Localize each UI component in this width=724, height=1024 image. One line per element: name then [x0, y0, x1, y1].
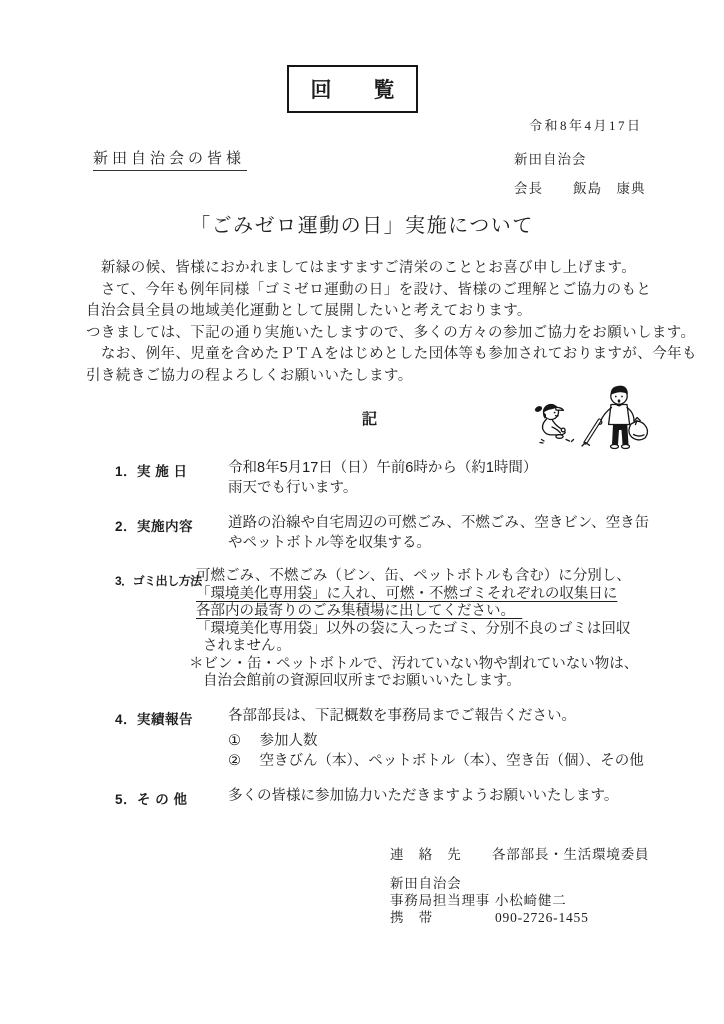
girl-body [543, 419, 566, 435]
officer-label: 事務局担当理事 [390, 892, 495, 909]
boy-shoe-left [611, 445, 619, 449]
item-line: 多くの皆様に参加協力いただきますようお願いいたします。 [228, 786, 618, 806]
item-row: 5．そ の 他多くの皆様に参加協力いただきますようお願いいたします。 [115, 786, 715, 808]
items-list: 1．実 施 日令和8年5月17日（日）午前6時から（約1時間）雨天でも行います。… [115, 458, 715, 823]
item-row: 1．実 施 日令和8年5月17日（日）午前6時から（約1時間）雨天でも行います。 [115, 458, 715, 498]
phone-label: 携 帯 [390, 909, 495, 926]
item-line: 雨天でも行います。 [228, 478, 537, 498]
notice-title: 「ごみゼロ運動の日」実施について [0, 209, 724, 238]
item-content: 道路の沿線や自宅周辺の可燃ごみ、不燃ごみ、空きビン、空き缶やペットボトル等を収集… [228, 513, 649, 553]
greeting-paragraph: 新緑の候、皆様におかれましてはますますご清栄のこととお喜び申し上げます。 さて、… [86, 258, 686, 387]
item-label: 1．実 施 日 [115, 458, 228, 498]
contact-row: 新田自治会 [390, 875, 649, 892]
item-line: 自治会館前の資源回収所までお願いいたします。 [203, 673, 638, 691]
kairan-label: 回 覧 [311, 74, 395, 104]
contact-org: 新田自治会 [390, 875, 462, 892]
trash-bag [629, 421, 648, 440]
item-line: されません。 [203, 638, 638, 656]
boy-pants [612, 425, 629, 445]
item-content: 多くの皆様に参加協力いただきますようお願いいたします。 [228, 786, 618, 808]
contact-row: 携 帯 090-2726-1455 [390, 909, 649, 926]
officer-name: 小松崎健二 [495, 892, 567, 909]
item-content: 各部部長は、下記概数を事務局までご報告ください。① 参加人数② 空きびん（本）、… [228, 706, 644, 771]
item-line: 道路の沿線や自宅周辺の可燃ごみ、不燃ごみ、空きビン、空き缶 [228, 513, 649, 533]
item-line: やペットボトル等を収集する。 [228, 533, 649, 553]
greeting-line: 新緑の候、皆様におかれましてはますますご清栄のこととお喜び申し上げます。 [86, 258, 686, 280]
kairan-stamp-box: 回 覧 [287, 65, 418, 113]
issue-date: 令和8年4月17日 [529, 115, 643, 134]
document-page: 回 覧 令和8年4月17日 新田自治会の皆様 新田自治会 会長 飯島 康典 「ご… [0, 0, 724, 1024]
sender-org: 新田自治会 [514, 148, 646, 168]
item-row: 2．実施内容道路の沿線や自宅周辺の可燃ごみ、不燃ごみ、空きビン、空き缶やペットボ… [115, 513, 715, 553]
contact-row: 連 絡 先 各部部長・生活環境委員 [390, 846, 649, 863]
item-line: 「環境美化専用袋」以外の袋に入ったゴミ、分別不良のゴミは回収 [196, 621, 638, 639]
item-row: 3．ゴミ出し方法可燃ごみ、不燃ごみ（ビン、缶、ペットボトルも含む）に分別し、「環… [115, 568, 715, 691]
item-line: 各部内の最寄りのごみ集積場に出してください。 [196, 603, 638, 621]
item-content: 可燃ごみ、不燃ごみ（ビン、缶、ペットボトルも含む）に分別し、「環境美化専用袋」に… [196, 568, 638, 691]
item-line: 「環境美化専用袋」に入れ、可燃・不燃ゴミそれぞれの収集日に [196, 586, 638, 604]
item-line: 令和8年5月17日（日）午前6時から（約1時間） [228, 458, 537, 478]
girl-shoe [556, 435, 563, 439]
greeting-line: つきましては、下記の通り実施いたしますので、多くの方々の参加ご協力をお願いします… [86, 323, 686, 345]
grabber-tool [586, 421, 600, 443]
children-cleanup-svg [526, 381, 658, 453]
boy-shoe-right [622, 445, 630, 449]
phone-number: 090-2726-1455 [495, 909, 589, 926]
item-line: 各部部長は、下記概数を事務局までご報告ください。 [228, 706, 644, 726]
greeting-line: さて、今年も例年同様「ゴミゼロ運動の日」を設け、皆様のご理解とご協力のもと [86, 280, 686, 302]
boy-eye-left [615, 396, 617, 398]
item-label: 3．ゴミ出し方法 [115, 568, 196, 691]
item-line: ＊ビン・缶・ペットボトルで、汚れていない物や割れていない物は、 [189, 656, 638, 674]
greeting-line: 自治会員全員の地域美化運動として展開したいと考えております。 [86, 301, 686, 323]
item-label: 2．実施内容 [115, 513, 228, 553]
addressee: 新田自治会の皆様 [93, 147, 247, 171]
item-line: ① 参加人数 [228, 731, 644, 751]
contact-org-block: 新田自治会 事務局担当理事 小松崎健二 携 帯 090-2726-1455 [390, 875, 649, 926]
girl-ponytail [534, 405, 543, 413]
girl-visor [556, 407, 564, 410]
cleanup-illustration [526, 381, 658, 453]
item-line: 可燃ごみ、不燃ごみ（ビン、缶、ペットボトルも含む）に分別し、 [196, 568, 638, 586]
girl-eye [554, 412, 556, 414]
chairman-name: 飯島 康典 [573, 177, 646, 197]
chairman-line: 会長 飯島 康典 [514, 177, 646, 197]
litter-pieces [540, 440, 574, 444]
greeting-line: なお、例年、児童を含めたＰＴＡをはじめとした団体等も参加されておりますが、今年も [86, 344, 686, 366]
contact-value: 各部部長・生活環境委員 [492, 846, 649, 863]
contact-label: 連 絡 先 [390, 846, 492, 863]
contact-row: 事務局担当理事 小松崎健二 [390, 892, 649, 909]
item-label: 5．そ の 他 [115, 786, 228, 808]
contact-block: 連 絡 先 各部部長・生活環境委員 新田自治会 事務局担当理事 小松崎健二 携 … [390, 846, 649, 926]
boy-eye-right [621, 396, 623, 398]
item-content: 令和8年5月17日（日）午前6時から（約1時間）雨天でも行います。 [228, 458, 537, 498]
item-row: 4．実績報告各部部長は、下記概数を事務局までご報告ください。① 参加人数② 空き… [115, 706, 715, 771]
girl-hand [561, 428, 565, 432]
item-line: ② 空きびん（本）、ペットボトル（本）、空き缶（個）、その他 [228, 751, 644, 771]
boy-mouth [618, 399, 621, 402]
item-label: 4．実績報告 [115, 706, 228, 771]
chairman-label: 会長 [514, 177, 543, 197]
sender-block: 新田自治会 会長 飯島 康典 [514, 148, 646, 197]
